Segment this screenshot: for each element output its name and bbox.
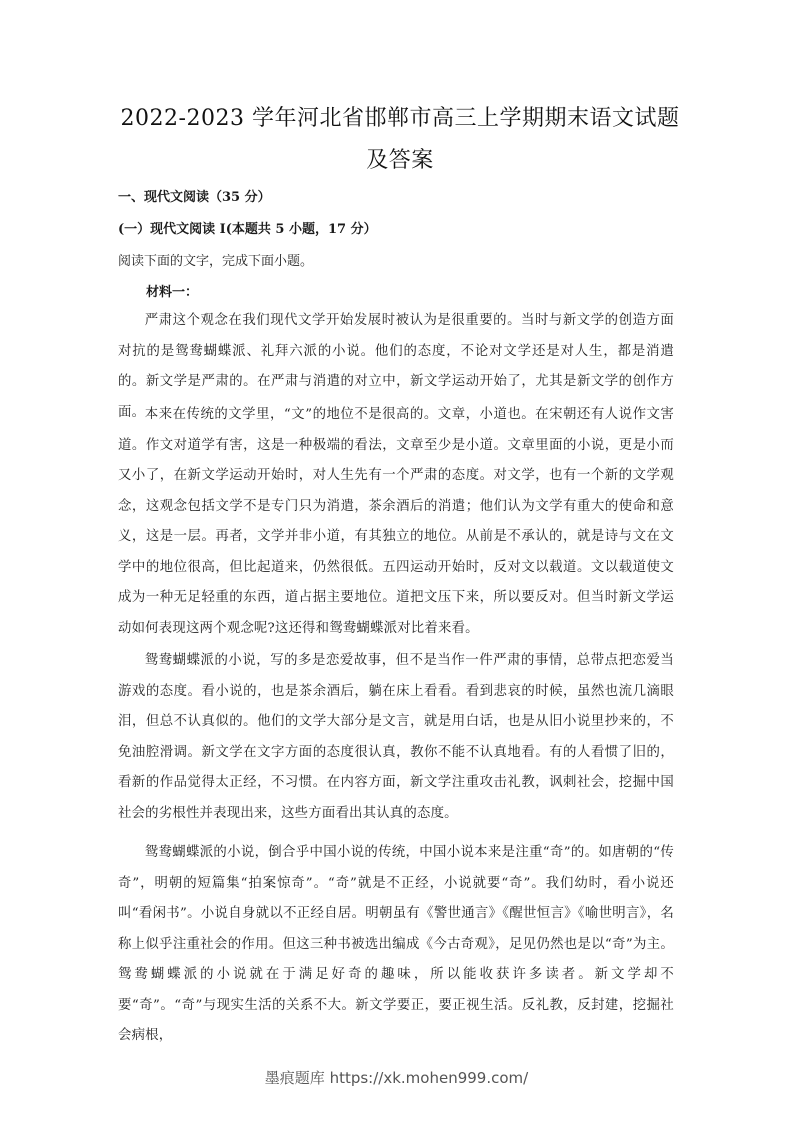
material-label: 材料一： xyxy=(146,281,198,300)
document-title: 2022-2023 学年河北省邯郸市高三上学期期末语文试题及答案 xyxy=(110,98,690,182)
paragraph-4: 鸳鸯蝴蝶派的小说，倒合乎中国小说的传统，中国小说本来是注重“奇”的。如唐朝的“传… xyxy=(118,838,674,1052)
section-heading: 一、现代文阅读（35 分） xyxy=(118,186,271,205)
document-page: 2022-2023 学年河北省邯郸市高三上学期期末语文试题及答案 一、现代文阅读… xyxy=(0,0,793,1122)
subsection-heading: (一）现代文阅读 I(本题共 5 小题，17 分） xyxy=(118,218,377,237)
paragraph-3: 鸳鸯蝴蝶派的小说，写的多是恋爱故事，但不是当作一件严肃的事情，总带点把恋爱当游戏… xyxy=(118,646,674,829)
paragraph-2: 本来在传统的文学里，“文”的地位不是很高的。文章，小道也。在宋朝还有人说作文害道… xyxy=(118,400,674,644)
instruction-text: 阅读下面的文字，完成下面小题。 xyxy=(118,250,313,269)
watermark-footer: 墨痕题库 https://xk.mohen999.com/ xyxy=(0,1067,793,1088)
